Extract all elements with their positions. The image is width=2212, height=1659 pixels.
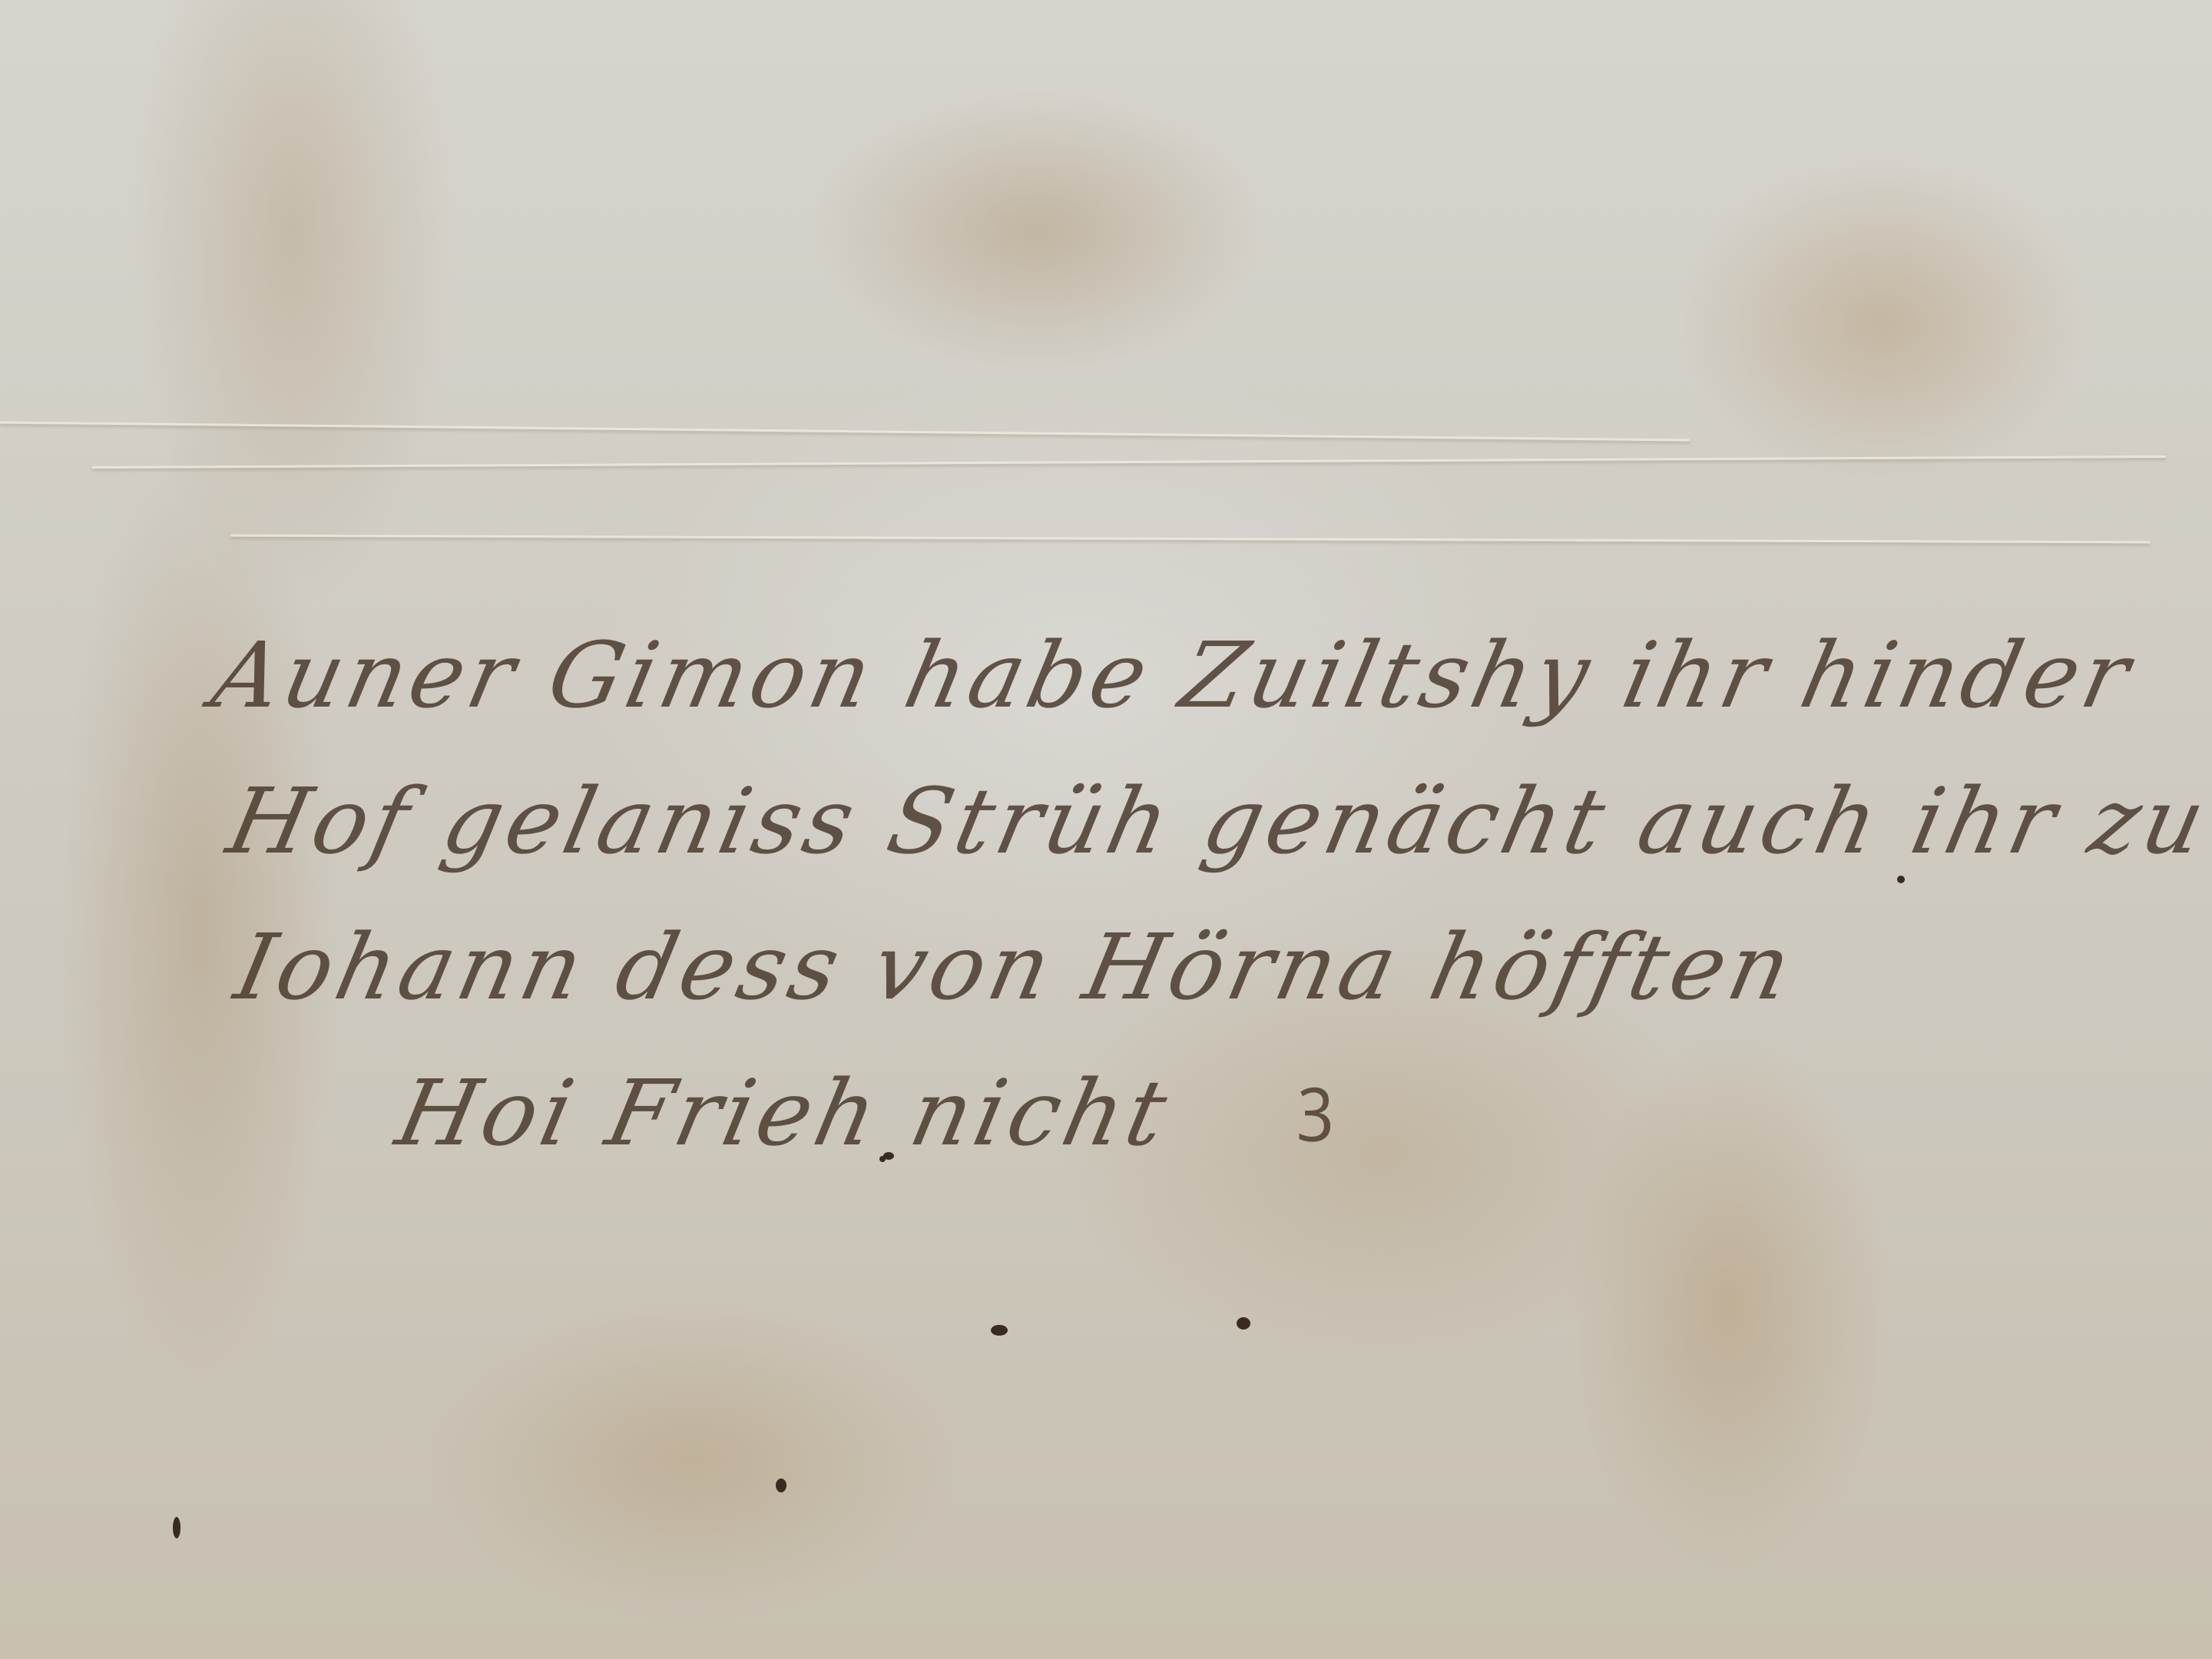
manuscript-line-1: Auner Gimon habe Zuiltshy ihr hinder [204, 622, 2143, 728]
ink-speck [991, 1325, 1008, 1336]
ink-speck [173, 1517, 180, 1538]
manuscript-line-4: Hoi Frieh nicht [388, 1060, 1180, 1166]
marginal-mark: ꝫ [1298, 1052, 1333, 1146]
manuscript-line-3: Iohann dess von Hörna höfften [227, 914, 1804, 1020]
manuscript-line-2: Hof gelaniss Strüh genächt auch ihr zu [219, 768, 2212, 874]
ink-speck [1237, 1317, 1250, 1330]
ink-speck [1897, 876, 1905, 883]
ink-speck [776, 1479, 786, 1492]
